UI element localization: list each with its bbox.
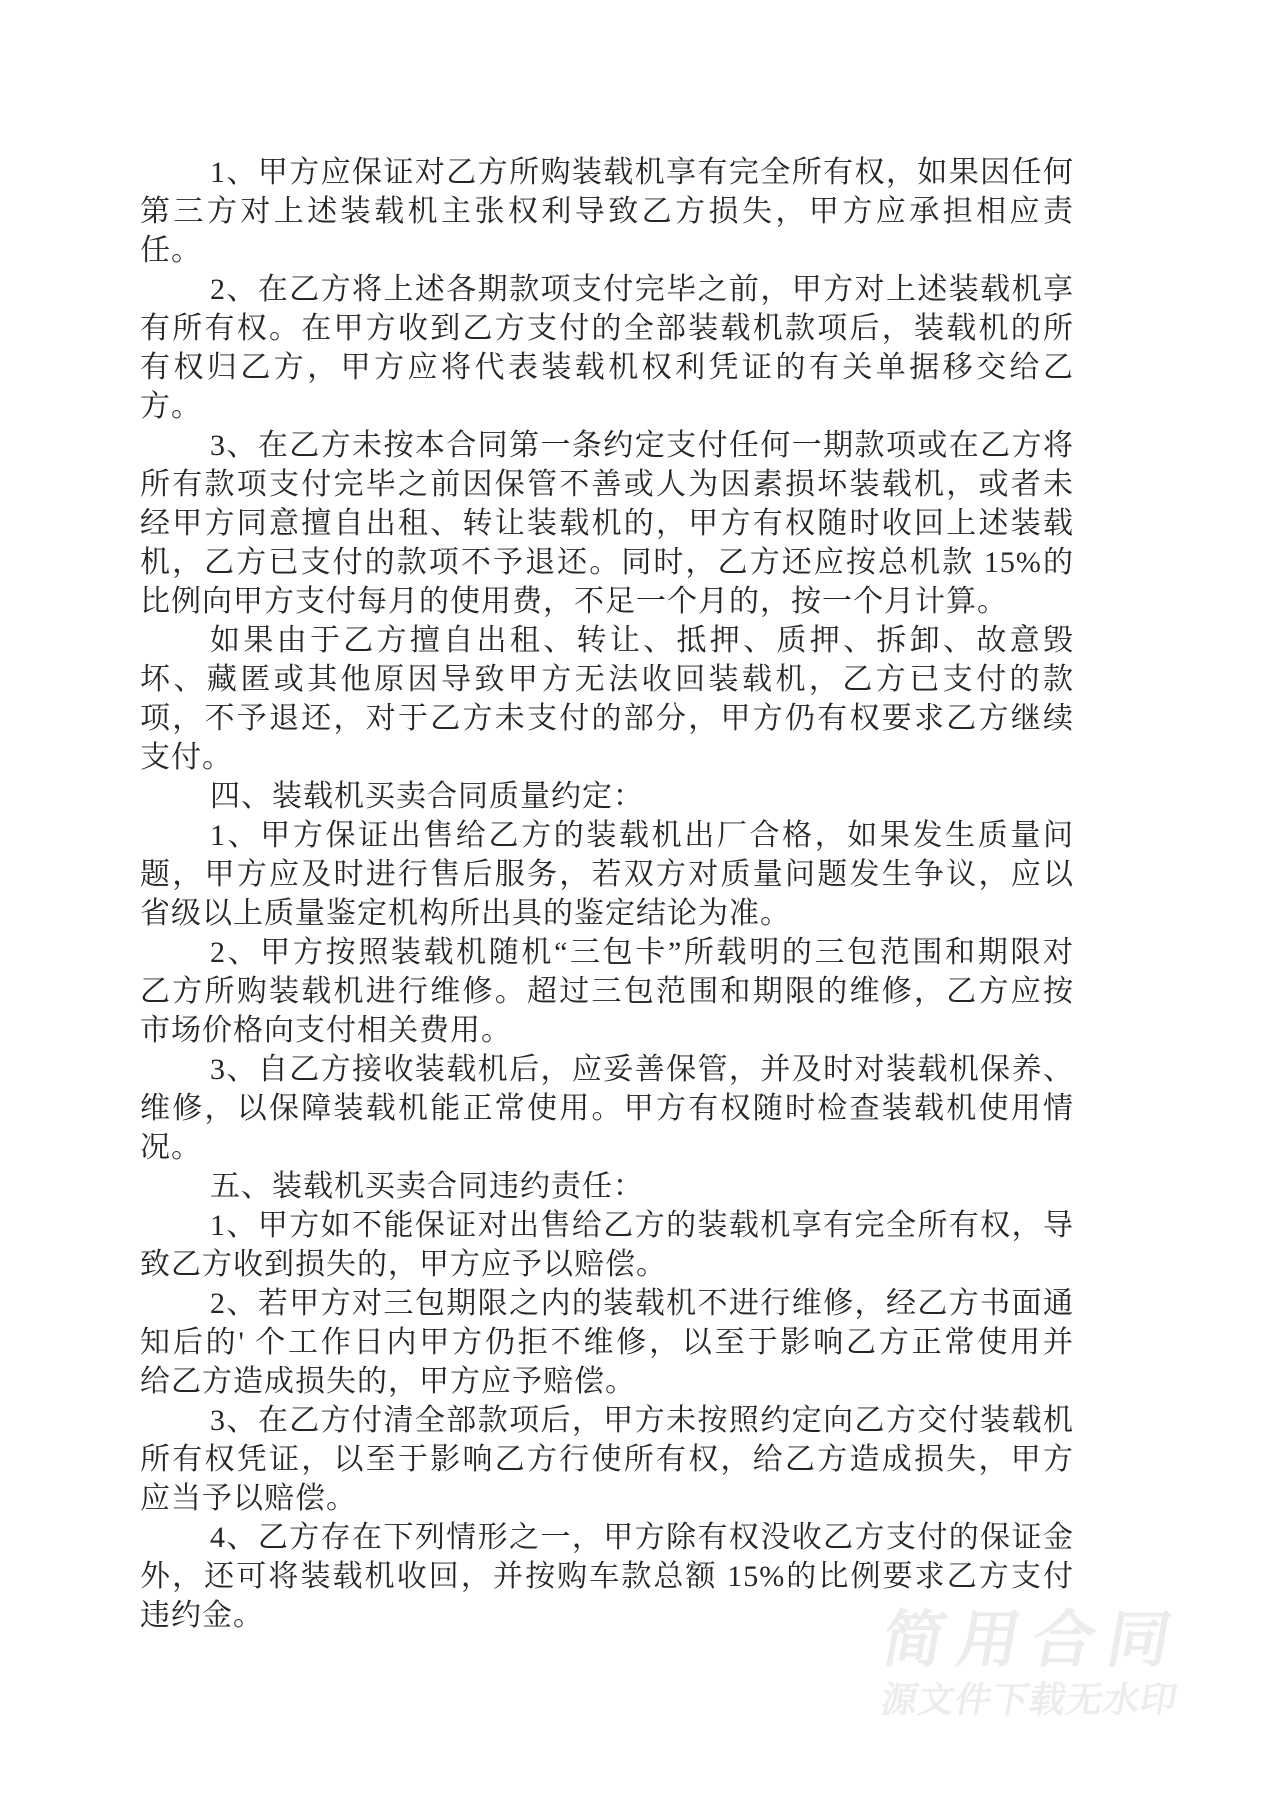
contract-line: 应当予以赔偿。 bbox=[140, 1479, 1074, 1518]
contract-line: 任。 bbox=[140, 231, 1074, 270]
contract-line: 1、甲方保证出售给乙方的装载机出厂合格，如果发生质量问 bbox=[140, 816, 1074, 855]
contract-line: 3、在乙方付清全部款项后，甲方未按照约定向乙方交付装载机 bbox=[140, 1401, 1074, 1440]
contract-line: 省级以上质量鉴定机构所出具的鉴定结论为准。 bbox=[140, 894, 1074, 933]
contract-line: 1、甲方如不能保证对出售给乙方的装载机享有完全所有权，导 bbox=[140, 1206, 1074, 1245]
contract-line: 3、自乙方接收装载机后，应妥善保管，并及时对装载机保养、 bbox=[140, 1050, 1074, 1089]
contract-line: 有所有权。在甲方收到乙方支付的全部装载机款项后，装载机的所 bbox=[140, 309, 1074, 348]
contract-line: 3、在乙方未按本合同第一条约定支付任何一期款项或在乙方将 bbox=[140, 426, 1074, 465]
watermark-tagline: 源文件下载无水印 bbox=[878, 1672, 1183, 1723]
contract-line: 况。 bbox=[140, 1128, 1074, 1167]
contract-line: 1、甲方应保证对乙方所购装载机享有完全所有权，如果因任何 bbox=[140, 153, 1074, 192]
contract-line: 2、甲方按照装载机随机“三包卡”所载明的三包范围和期限对 bbox=[140, 933, 1074, 972]
contract-line: 项，不予退还，对于乙方未支付的部分，甲方仍有权要求乙方继续 bbox=[140, 699, 1074, 738]
contract-line: 方。 bbox=[140, 387, 1074, 426]
contract-line: 2、若甲方对三包期限之内的装载机不进行维修，经乙方书面通 bbox=[140, 1284, 1074, 1323]
contract-line: 乙方所购装载机进行维修。超过三包范围和期限的维修，乙方应按 bbox=[140, 972, 1074, 1011]
contract-line: 题，甲方应及时进行售后服务，若双方对质量问题发生争议，应以 bbox=[140, 855, 1074, 894]
contract-line: 2、在乙方将上述各期款项支付完毕之前，甲方对上述装载机享 bbox=[140, 270, 1074, 309]
contract-line: 支付。 bbox=[140, 738, 1074, 777]
contract-section-heading: 四、装载机买卖合同质量约定： bbox=[140, 777, 1074, 816]
contract-line: 4、乙方存在下列情形之一，甲方除有权没收乙方支付的保证金 bbox=[140, 1518, 1074, 1557]
contract-line: 致乙方收到损失的，甲方应予以赔偿。 bbox=[140, 1245, 1074, 1284]
contract-line: 如果由于乙方擅自出租、转让、抵押、质押、拆卸、故意毁 bbox=[140, 621, 1074, 660]
contract-line: 知后的' 个工作日内甲方仍拒不维修，以至于影响乙方正常使用并 bbox=[140, 1323, 1074, 1362]
contract-line: 给乙方造成损失的，甲方应予赔偿。 bbox=[140, 1362, 1074, 1401]
contract-line: 比例向甲方支付每月的使用费，不足一个月的，按一个月计算。 bbox=[140, 582, 1074, 621]
contract-line: 经甲方同意擅自出租、转让装载机的，甲方有权随时收回上述装载 bbox=[140, 504, 1074, 543]
contract-line: 第三方对上述装载机主张权利导致乙方损失，甲方应承担相应责 bbox=[140, 192, 1074, 231]
watermark-brand: 简用合同 bbox=[876, 1590, 1192, 1679]
contract-page: 1、甲方应保证对乙方所购装载机享有完全所有权，如果因任何 第三方对上述装载机主张… bbox=[0, 0, 1280, 1810]
contract-line: 机，乙方已支付的款项不予退还。同时，乙方还应按总机款 15%的 bbox=[140, 543, 1074, 582]
contract-line: 所有权凭证，以至于影响乙方行使所有权，给乙方造成损失，甲方 bbox=[140, 1440, 1074, 1479]
contract-line: 所有款项支付完毕之前因保管不善或人为因素损坏装载机，或者未 bbox=[140, 465, 1074, 504]
contract-line: 市场价格向支付相关费用。 bbox=[140, 1011, 1074, 1050]
contract-section-heading: 五、装载机买卖合同违约责任： bbox=[140, 1167, 1074, 1206]
contract-text-block: 1、甲方应保证对乙方所购装载机享有完全所有权，如果因任何 第三方对上述装载机主张… bbox=[140, 153, 1074, 1635]
contract-line: 有权归乙方，甲方应将代表装载机权利凭证的有关单据移交给乙 bbox=[140, 348, 1074, 387]
contract-line: 维修，以保障装载机能正常使用。甲方有权随时检查装载机使用情 bbox=[140, 1089, 1074, 1128]
contract-line: 坏、藏匿或其他原因导致甲方无法收回装载机，乙方已支付的款 bbox=[140, 660, 1074, 699]
